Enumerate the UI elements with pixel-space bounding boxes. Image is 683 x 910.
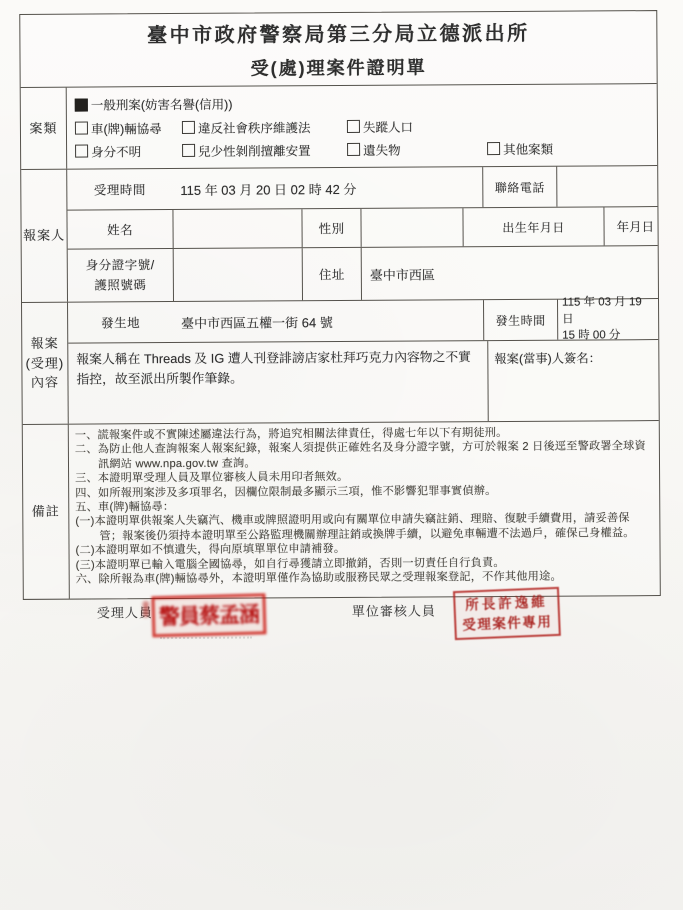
- page-subtitle: 受(處)理案件證明單: [250, 53, 426, 80]
- note-item: 二、為防止他人查詢報案人報案紀錄，報案人須提供正確姓名及身分證字號，方可於報案 …: [75, 440, 651, 472]
- report-content-text: 報案人稱在 Threads 及 IG 遭人刊登誹謗店家杜拜巧克力內容物之不實指控…: [68, 341, 487, 424]
- incident-time-label: 發生時間: [483, 300, 557, 340]
- case-type-band: 案類 一般刑案(妨害名譽(信用)) 車(牌)輛協尋: [21, 83, 657, 169]
- case-type-option: 身分不明: [75, 142, 182, 161]
- note-item: 六、除所報為車(牌)輛協尋外，本證明單僅作為協助或服務民眾之受理報案登記，不作其…: [76, 569, 652, 587]
- stamp-ink-smudge: [143, 601, 149, 617]
- pencil-marks: [160, 637, 252, 640]
- checkbox-icon: [182, 144, 195, 157]
- case-type-option-label: 違反社會秩序維護法: [198, 118, 311, 137]
- case-content-group-label: 報案 (受理) 內容: [22, 303, 69, 424]
- incident-time-value: 115 年 03 月 19 日 15 時 00 分: [557, 299, 658, 340]
- case-content-band: 報案 (受理) 內容 發生地 臺中市西區五權一街 64 號 發生時間 115 年…: [22, 298, 659, 424]
- case-type-option: 遺失物: [347, 140, 487, 159]
- case-type-option-label: 一般刑案(妨害名譽(信用)): [91, 95, 233, 114]
- reviewer-stamp-purpose: 受理案件專用: [462, 612, 553, 635]
- case-type-group-label: 案類: [21, 88, 67, 169]
- case-type-option-label: 失蹤人口: [363, 117, 413, 135]
- officer-name-stamp: 警員蔡孟涵: [151, 593, 266, 637]
- case-type-option-label: 兒少性剝削擅離安置: [198, 141, 311, 160]
- address-label: 住址: [302, 248, 361, 300]
- case-type-option-label: 車(牌)輛協尋: [91, 119, 162, 137]
- case-type-option: 其他案類: [487, 139, 553, 157]
- case-type-option: 失蹤人口: [347, 117, 413, 135]
- reporter-group-label: 報案人: [21, 170, 68, 302]
- notes-group-label: 備註: [23, 425, 70, 599]
- incident-location-label: 發生地: [68, 302, 173, 343]
- checkbox-icon: [75, 122, 88, 135]
- checkbox-icon: [75, 145, 88, 158]
- gender-value: [360, 208, 462, 247]
- checkbox-icon: [347, 120, 360, 133]
- case-type-row-2: 車(牌)輛協尋 違反社會秩序維護法 失蹤人口: [67, 116, 657, 138]
- report-form-table: 臺中市政府警察局第三分局立德派出所 受(處)理案件證明單 案類 一般刑案(妨害名…: [19, 10, 661, 600]
- case-type-option-checked: 一般刑案(妨害名譽(信用)): [75, 95, 233, 114]
- birthdate-label: 出生年月日: [462, 207, 603, 246]
- gender-label: 性別: [301, 209, 360, 247]
- case-type-option-label: 遺失物: [363, 140, 401, 158]
- name-label: 姓名: [67, 210, 172, 249]
- checkbox-icon: [182, 121, 195, 134]
- reporter-signature-label: 報案(當事)人簽名：: [487, 340, 658, 421]
- page-title: 臺中市政府警察局第三分局立德派出所: [147, 17, 530, 48]
- scanned-police-report-page: 臺中市政府警察局第三分局立德派出所 受(處)理案件證明單 案類 一般刑案(妨害名…: [0, 0, 683, 910]
- case-type-option-label: 其他案類: [503, 139, 553, 157]
- reviewer-label: 單位審核人員: [352, 600, 436, 620]
- case-type-row-3: 身分不明 兒少性剝削擅離安置 遺失物: [67, 139, 657, 161]
- checkbox-icon: [487, 142, 500, 155]
- notes-list: 一、謊報案件或不實陳述屬違法行為，將追究相關法律責任，得處七年以下有期徒刑。 二…: [69, 421, 660, 599]
- address-value: 臺中市西區: [361, 246, 658, 300]
- case-type-row-1: 一般刑案(妨害名譽(信用)): [67, 92, 657, 114]
- reviewer-stamp: 所長許逸維 受理案件專用: [453, 587, 561, 640]
- birthdate-value: 年 月 日: [603, 207, 657, 245]
- note-item: (一)本證明單供報案人失竊汽、機車或牌照證明用或向有關單位申請失竊註銷、理賠、復…: [75, 512, 651, 544]
- case-type-option-label: 身分不明: [91, 142, 141, 160]
- accept-time-label: 受理時間: [67, 169, 172, 210]
- birthdate-day-unit: 日: [642, 217, 655, 235]
- id-number-label: 身分證字號/ 護照號碼: [68, 249, 173, 302]
- case-type-option: 車(牌)輛協尋: [75, 118, 182, 137]
- incident-location-value: 臺中市西區五權一街 64 號: [173, 300, 483, 342]
- reporter-band: 報案人 受理時間 115 年 03 月 20 日 02 時 42 分 聯絡電話 …: [21, 165, 658, 302]
- case-type-option: 兒少性剝削擅離安置: [182, 141, 347, 160]
- phone-label: 聯絡電話: [482, 167, 556, 207]
- birthdate-month-unit: 月: [629, 217, 642, 235]
- phone-value: [556, 166, 657, 207]
- checkbox-icon: [347, 143, 360, 156]
- title-band: 臺中市政府警察局第三分局立德派出所 受(處)理案件證明單: [20, 11, 656, 87]
- case-type-option: 違反社會秩序維護法: [182, 117, 347, 136]
- notes-band: 備註 一、謊報案件或不實陳述屬違法行為，將追究相關法律責任，得處七年以下有期徒刑…: [23, 420, 660, 599]
- accept-time-value: 115 年 03 月 20 日 02 時 42 分: [172, 167, 482, 209]
- checkbox-checked-icon: [75, 98, 88, 111]
- id-number-value: [173, 248, 302, 301]
- name-value: [172, 209, 301, 248]
- birthdate-year-unit: 年: [617, 217, 630, 235]
